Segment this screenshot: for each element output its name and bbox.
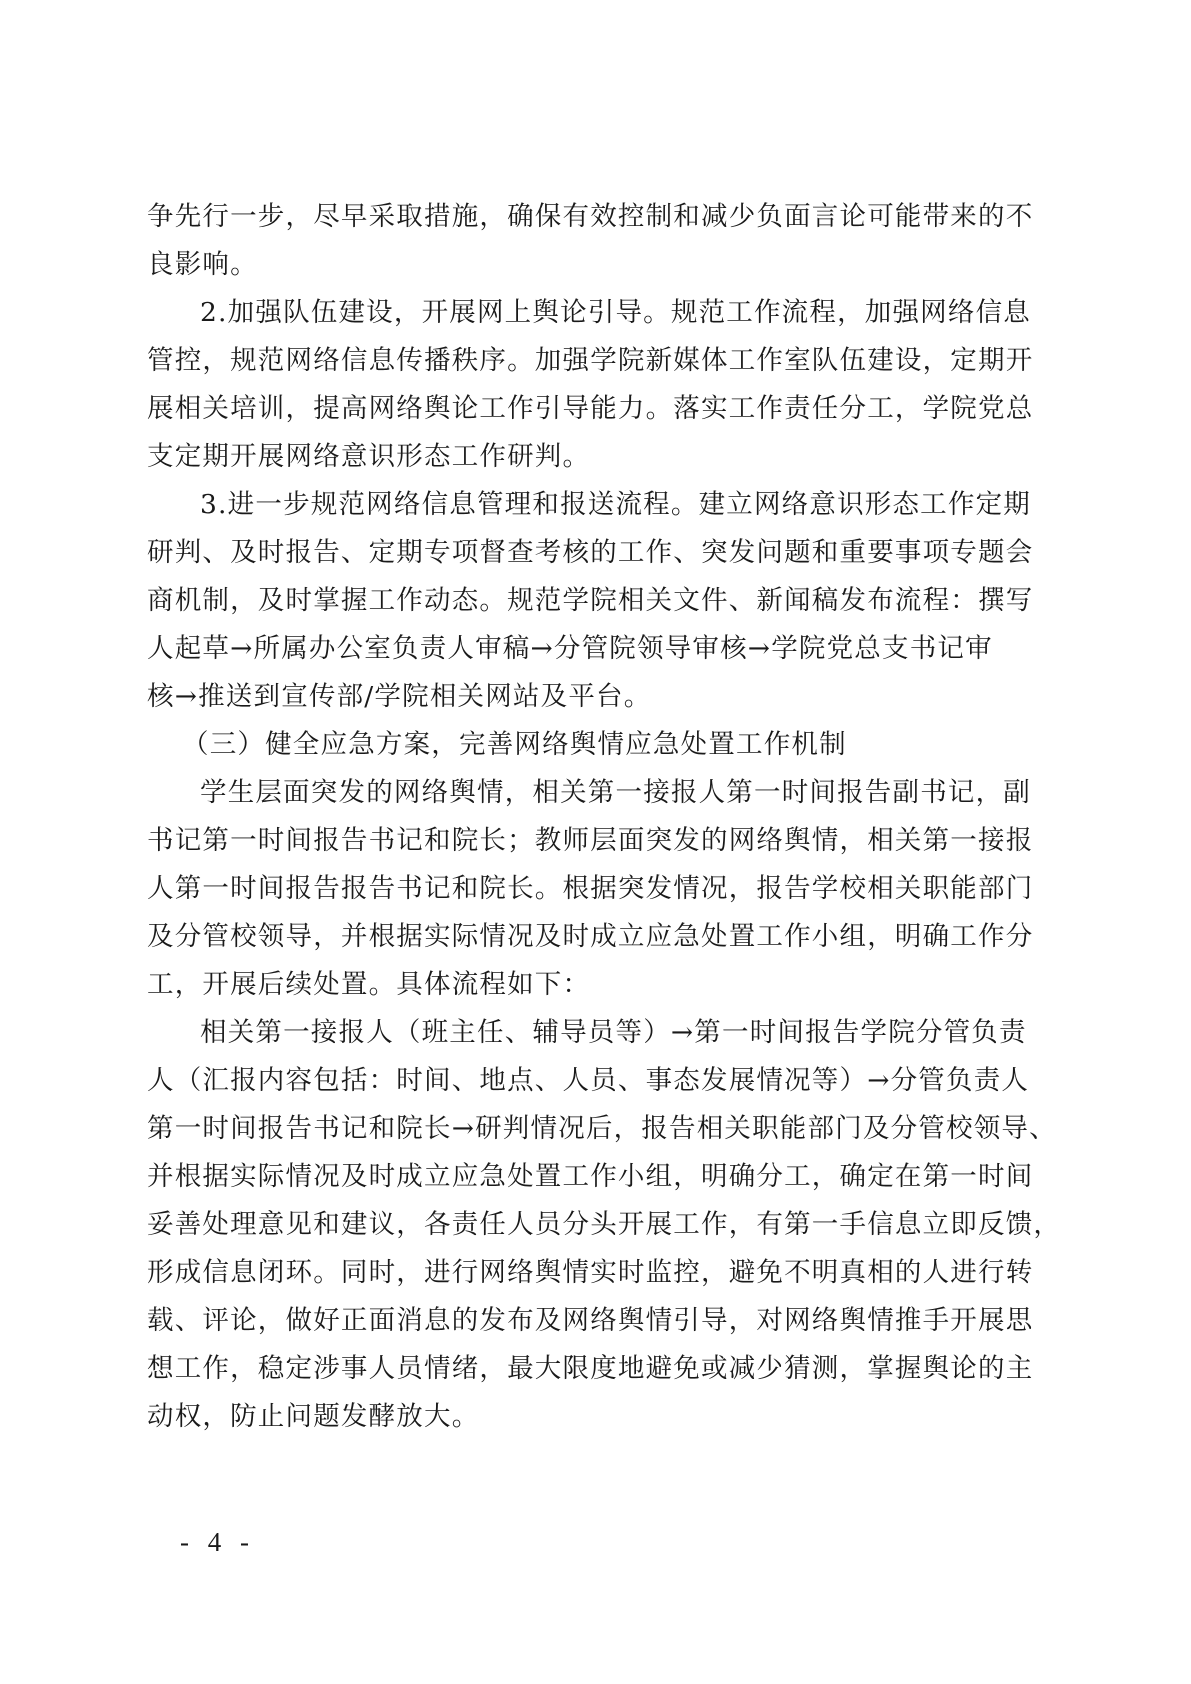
text-line: 动权，防止问题发酵放大。	[147, 1400, 1047, 1434]
text-line: 形成信息闭环。同时，进行网络舆情实时监控，避免不明真相的人进行转	[147, 1256, 1047, 1290]
text-line: 书记第一时间报告书记和院长；教师层面突发的网络舆情，相关第一接报	[147, 824, 1047, 858]
text-line: 争先行一步，尽早采取措施，确保有效控制和减少负面言论可能带来的不	[147, 200, 1047, 234]
text-line: 商机制，及时掌握工作动态。规范学院相关文件、新闻稿发布流程：撰写	[147, 584, 1047, 618]
page-number: - 4 -	[180, 1525, 255, 1559]
text-line: 展相关培训，提高网络舆论工作引导能力。落实工作责任分工，学院党总	[147, 392, 1047, 426]
text-line: 妥善处理意见和建议，各责任人员分头开展工作，有第一手信息立即反馈，	[147, 1208, 1047, 1242]
text-line: 研判、及时报告、定期专项督查考核的工作、突发问题和重要事项专题会	[147, 536, 1047, 570]
text-line: 人（汇报内容包括：时间、地点、人员、事态发展情况等）→分管负责人	[147, 1064, 1047, 1098]
text-line: 第一时间报告书记和院长→研判情况后，报告相关职能部门及分管校领导、	[147, 1112, 1047, 1146]
text-line: 人第一时间报告报告书记和院长。根据突发情况，报告学校相关职能部门	[147, 872, 1047, 906]
text-line: 并根据实际情况及时成立应急处置工作小组，明确分工，确定在第一时间	[147, 1160, 1047, 1194]
text-line: 想工作，稳定涉事人员情绪，最大限度地避免或减少猜测，掌握舆论的主	[147, 1352, 1047, 1386]
paragraph-item-2: 2.加强队伍建设，开展网上舆论引导。规范工作流程，加强网络信息	[200, 296, 1100, 330]
text-line: 人起草→所属办公室负责人审稿→分管院领导审核→学院党总支书记审	[147, 632, 1047, 666]
text-line: 载、评论，做好正面消息的发布及网络舆情引导，对网络舆情推手开展思	[147, 1304, 1047, 1338]
document-page: 争先行一步，尽早采取措施，确保有效控制和减少负面言论可能带来的不 良影响。 2.…	[0, 0, 1191, 1684]
text-line: 工，开展后续处置。具体流程如下：	[147, 968, 1047, 1002]
text-line: 良影响。	[147, 248, 1047, 282]
text-line: 管控，规范网络信息传播秩序。加强学院新媒体工作室队伍建设，定期开	[147, 344, 1047, 378]
paragraph-item-3: 3.进一步规范网络信息管理和报送流程。建立网络意识形态工作定期	[200, 488, 1100, 522]
text-line: 支定期开展网络意识形态工作研判。	[147, 440, 1047, 474]
paragraph-start: 相关第一接报人（班主任、辅导员等）→第一时间报告学院分管负责	[200, 1016, 1100, 1050]
section-heading: （三）健全应急方案，完善网络舆情应急处置工作机制	[182, 728, 1082, 762]
paragraph-start: 学生层面突发的网络舆情，相关第一接报人第一时间报告副书记，副	[200, 776, 1100, 810]
text-line: 核→推送到宣传部/学院相关网站及平台。	[147, 680, 1047, 714]
text-line: 及分管校领导，并根据实际情况及时成立应急处置工作小组，明确工作分	[147, 920, 1047, 954]
